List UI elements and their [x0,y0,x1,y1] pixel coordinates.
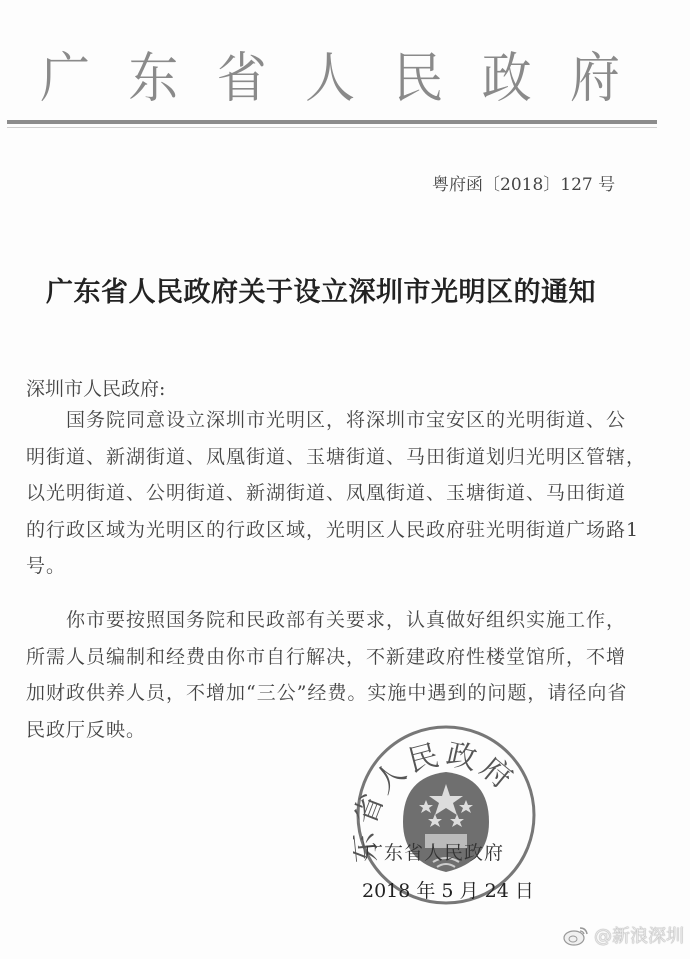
watermark: @新浪深圳 [562,922,684,948]
text-line: 国务院同意设立深圳市光明区，将深圳市宝安区的光明街道、公 [26,402,636,439]
text-line: 号。 [26,548,636,585]
masthead: 广 东 省 人 民 政 府 [40,38,620,110]
masthead-char: 政 [482,35,532,113]
masthead-char: 东 [128,35,178,113]
text-line: 以光明街道、公明街道、新湖街道、凤凰街道、玉塘街道、马田街道 [26,475,636,512]
weibo-icon [562,924,590,946]
paragraph-2: 你市要按照国务院和民政部有关要求，认真做好组织实施工作， 所需人员编制和经费由你… [26,602,636,748]
text-line: 的行政区域为光明区的行政区域，光明区人民政府驻光明街道广场路1 [26,512,636,549]
issue-date: 2018 年 5 月 24 日 [362,876,534,903]
header-divider [7,120,657,124]
text-line: 所需人员编制和经费由你市自行解决，不新建政府性楼堂馆所，不增 [26,639,636,676]
paragraph-1: 国务院同意设立深圳市光明区，将深圳市宝安区的光明街道、公 明街道、新湖街道、凤凰… [26,402,636,585]
text-line: 民政厅反映。 [26,712,636,749]
masthead-char: 广 [40,35,90,113]
signer: 广东省人民政府 [364,838,504,865]
header-divider-thin [7,127,657,128]
document-title: 广东省人民政府关于设立深圳市光明区的通知 [46,270,596,309]
text-line: 加财政供养人员，不增加“三公”经费。实施中遇到的问题，请径向省 [26,675,636,712]
masthead-char: 人 [305,35,355,113]
salutation: 深圳市人民政府: [26,374,165,401]
text-line: 你市要按照国务院和民政部有关要求，认真做好组织实施工作， [26,602,636,639]
masthead-char: 府 [570,35,620,113]
masthead-char: 民 [393,35,443,113]
text-line: 明街道、新湖街道、凤凰街道、玉塘街道、马田街道划归光明区管辖， [26,439,636,476]
watermark-text: @新浪深圳 [594,922,684,948]
document-number: 粤府函〔2018〕127 号 [432,170,615,195]
masthead-char: 省 [217,35,267,113]
